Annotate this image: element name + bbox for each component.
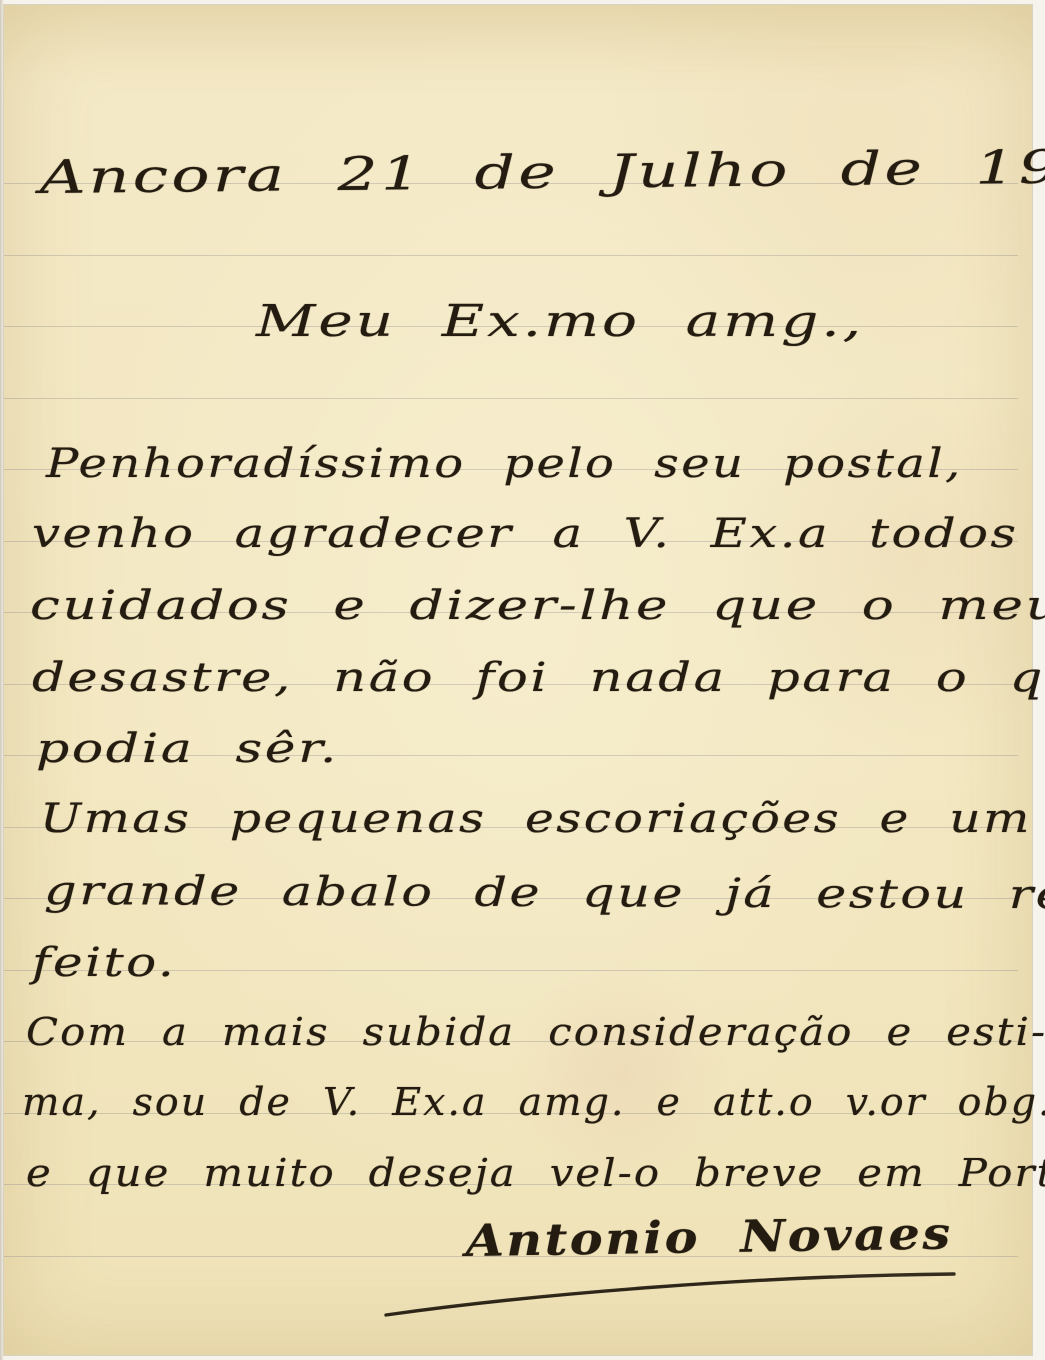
rule-line — [4, 398, 1018, 399]
body-line: feito. — [32, 943, 176, 983]
body-line: cuidados e dizer-lhe que o meu — [30, 586, 1045, 626]
dateline: Ancora 21 de Julho de 1927 . — [39, 142, 1045, 200]
body-line: Umas pequenas escoriações e um — [40, 799, 1032, 839]
body-line: podia sêr. — [36, 729, 339, 769]
letter-page: Ancora 21 de Julho de 1927 . Meu Ex.mo a… — [4, 5, 1032, 1355]
body-line: desastre, não foi nada para o que — [32, 658, 1045, 698]
closing-line: ma, sou de V. Ex.a amg. e att.o v.or obg… — [22, 1083, 1045, 1121]
closing-line: Com a mais subida consideração e esti- — [26, 1013, 1045, 1051]
body-line: grande abalo de que já estou re- — [44, 871, 1045, 915]
body-line: venho agradecer a V. Ex.a todos os — [32, 514, 1045, 554]
signature-flourish — [382, 1263, 962, 1323]
signature: Antonio Novaes — [465, 1212, 953, 1264]
body-line: Penhoradíssimo pelo seu postal, — [46, 444, 963, 484]
salutation: Meu Ex.mo amg., — [256, 300, 864, 344]
closing-line: e que muito deseja vel-o breve em Portug… — [26, 1154, 1045, 1192]
rule-line — [4, 255, 1018, 256]
